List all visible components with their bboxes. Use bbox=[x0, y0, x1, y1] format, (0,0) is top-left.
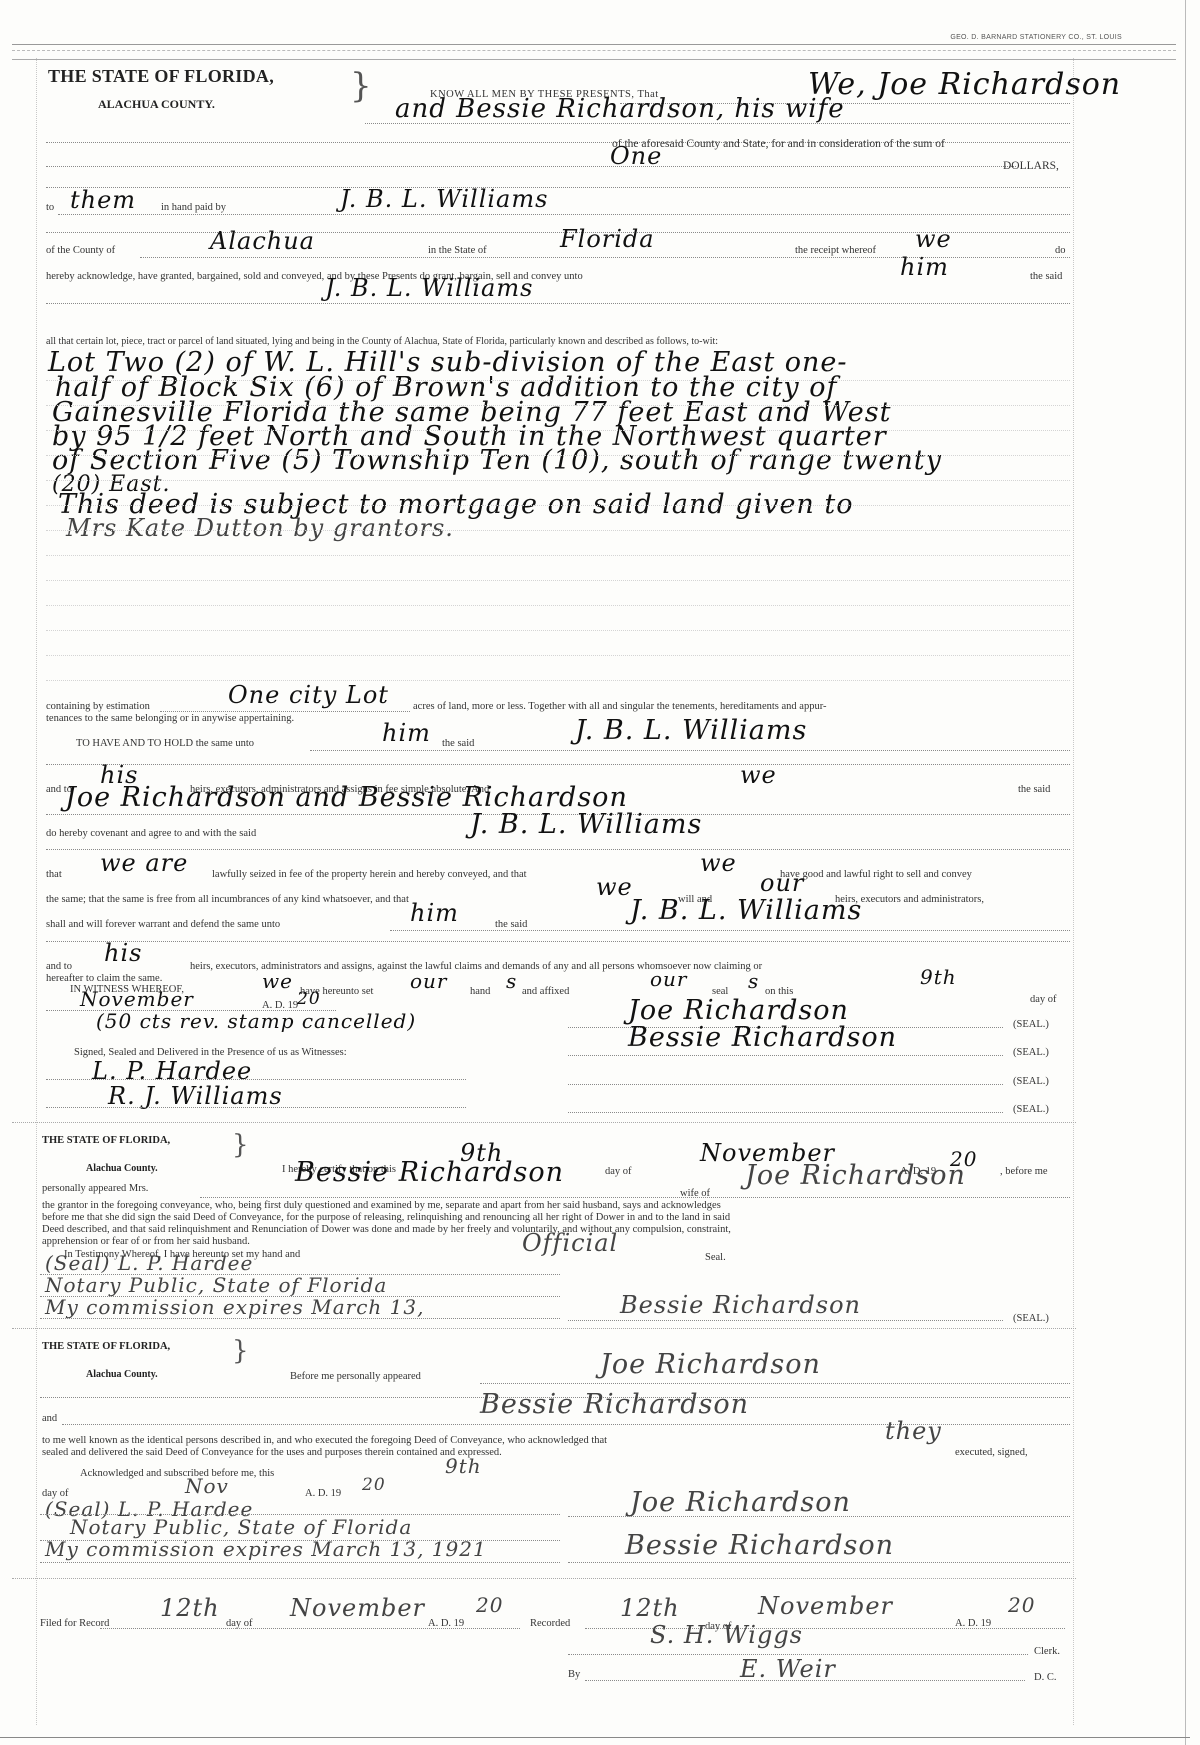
ruled-line bbox=[46, 405, 1070, 406]
ruled-line bbox=[46, 430, 1070, 431]
joint-ack-state: THE STATE OF FLORIDA, bbox=[42, 1340, 170, 1353]
notary-line-1: (Seal) L. P. Hardee bbox=[45, 1252, 253, 1274]
top-border-band bbox=[12, 44, 1176, 60]
ruled-line bbox=[46, 680, 1070, 681]
printer-credit: GEO. D. BARNARD STATIONERY CO., ST. LOUI… bbox=[950, 34, 1122, 41]
joint-ack-year: 20 bbox=[362, 1476, 386, 1495]
warrant-grantee: J. B. L. Williams bbox=[630, 898, 862, 924]
ruled-line bbox=[46, 655, 1070, 656]
section-separator bbox=[12, 1328, 1076, 1329]
joint-signature-line-2 bbox=[568, 1562, 1070, 1563]
wife-name: Bessie Richardson bbox=[295, 1160, 564, 1186]
notary-line bbox=[40, 1318, 560, 1319]
ruled-line bbox=[46, 480, 1070, 481]
seal-word: Seal. bbox=[705, 1251, 726, 1264]
joint-signature-2: Bessie Richardson bbox=[625, 1533, 894, 1559]
appeared-text: personally appeared Mrs. bbox=[42, 1182, 148, 1195]
ruled-line bbox=[46, 580, 1070, 581]
wife-signature-line bbox=[568, 1320, 1003, 1321]
seal-4: (SEAL.) bbox=[1013, 1103, 1049, 1116]
acknowledge-value: him bbox=[900, 254, 949, 280]
by-label: By bbox=[568, 1668, 580, 1681]
filed-year: 20 bbox=[476, 1594, 503, 1616]
before-me-text: , before me bbox=[1000, 1165, 1048, 1178]
ruled-line bbox=[46, 605, 1070, 606]
right-text: have good and lawful right to sell and c… bbox=[780, 868, 972, 881]
that-value: we are bbox=[100, 850, 188, 876]
the-said-label-2: the said bbox=[1018, 783, 1050, 796]
and-to-value: his bbox=[104, 940, 142, 966]
receipt-label: the receipt whereof bbox=[795, 244, 876, 257]
filed-month: November bbox=[290, 1595, 425, 1621]
grantors-line-1: We, Joe Richardson bbox=[808, 72, 1121, 98]
executed-text: executed, signed, bbox=[955, 1446, 1028, 1459]
grantors-line-2: and Bessie Richardson, his wife bbox=[395, 96, 845, 122]
seized-text: lawfully seized in fee of the property h… bbox=[212, 868, 527, 881]
to-have-value: him bbox=[382, 720, 431, 746]
section-separator bbox=[12, 1578, 1076, 1579]
witness-month: November bbox=[80, 988, 194, 1010]
filed-label: Filed for Record bbox=[40, 1617, 109, 1630]
brace: } bbox=[350, 66, 372, 106]
that-label: that bbox=[46, 868, 62, 881]
to-value: them bbox=[70, 187, 136, 213]
ruled-line bbox=[46, 455, 1070, 456]
covenant-label: do hereby covenant and agree to and with… bbox=[46, 827, 256, 840]
description-line-5: of Section Five (5) Township Ten (10), s… bbox=[52, 448, 942, 474]
joint-ack-month: Nov bbox=[185, 1475, 229, 1497]
recorded-label: Recorded bbox=[530, 1617, 570, 1630]
warrant-value: him bbox=[410, 900, 459, 926]
joint-ack-county: Alachua County. bbox=[86, 1368, 158, 1381]
will-value: our bbox=[760, 870, 804, 896]
witness-2: R. J. Williams bbox=[108, 1083, 283, 1109]
payer-name: J. B. L. Williams bbox=[340, 186, 548, 212]
witness-line-1 bbox=[46, 1079, 466, 1080]
warrant-text: shall and will forever warrant and defen… bbox=[46, 918, 280, 931]
blank-line bbox=[46, 187, 1070, 188]
day-of-label: day of bbox=[605, 1165, 632, 1178]
left-margin-rule bbox=[36, 58, 37, 1725]
and-value: we bbox=[740, 762, 777, 788]
seized-value: we bbox=[700, 850, 737, 876]
joint-ack-para-2: sealed and delivered the said Deed of Co… bbox=[42, 1446, 502, 1459]
notary-line bbox=[40, 1274, 560, 1275]
joint-ack-day: 9th bbox=[445, 1455, 482, 1477]
bottom-edge bbox=[0, 1737, 1190, 1738]
and-label: and bbox=[42, 1412, 57, 1425]
clerk-label: Clerk. bbox=[1034, 1645, 1060, 1658]
seal-value: s bbox=[748, 970, 759, 992]
to-have-grantee: J. B. L. Williams bbox=[575, 718, 807, 744]
ruled-line bbox=[46, 380, 1070, 381]
receipt-value: we bbox=[915, 226, 952, 252]
signature-line-3 bbox=[568, 1084, 1003, 1085]
wife-ack-para-4: apprehension or fear of or from her said… bbox=[42, 1235, 250, 1248]
witness-1: L. P. Hardee bbox=[92, 1058, 252, 1084]
covenant-value: J. B. L. Williams bbox=[470, 812, 702, 838]
ruled-line bbox=[46, 630, 1070, 631]
appeared-line bbox=[200, 1197, 1070, 1198]
to-have-label: TO HAVE AND TO HOLD the same unto bbox=[76, 737, 254, 750]
in-hand-label: in hand paid by bbox=[161, 201, 226, 214]
the-said-label: the said bbox=[1030, 270, 1062, 283]
county-value: Alachua bbox=[210, 228, 315, 254]
blank-line bbox=[46, 941, 1070, 942]
before-me-label: Before me personally appeared bbox=[290, 1370, 421, 1383]
county-label: of the County of bbox=[46, 244, 115, 257]
affixed-value: our bbox=[650, 968, 687, 990]
joint-notary-line-3: My commission expires March 13, 1921 bbox=[45, 1538, 487, 1560]
joint-person-2: Bessie Richardson bbox=[480, 1392, 749, 1418]
witness-day: 9th bbox=[920, 966, 957, 988]
wife-seal: (SEAL.) bbox=[1013, 1312, 1049, 1325]
ad-label: A. D. 19 bbox=[305, 1487, 341, 1500]
filed-line bbox=[100, 1628, 520, 1629]
wife-ack-state: THE STATE OF FLORIDA, bbox=[42, 1134, 170, 1147]
signature-line-2 bbox=[568, 1055, 1003, 1056]
husband-name: Joe Richardson bbox=[745, 1163, 966, 1189]
deed-page: GEO. D. BARNARD STATIONERY CO., ST. LOUI… bbox=[0, 0, 1200, 1745]
to-have-line bbox=[310, 750, 1070, 751]
blank-line bbox=[46, 764, 1070, 765]
recorded-year: 20 bbox=[1008, 1594, 1035, 1616]
seal-1: (SEAL.) bbox=[1013, 1018, 1049, 1031]
warrant-line bbox=[390, 930, 1070, 931]
person-1-line bbox=[480, 1383, 1070, 1384]
state-value: Florida bbox=[560, 226, 655, 252]
stamp-note: (50 cts rev. stamp cancelled) bbox=[96, 1010, 416, 1032]
brace: } bbox=[232, 1130, 249, 1160]
tenances-text: tenances to the same belonging or in any… bbox=[46, 712, 294, 725]
notary-line-3: My commission expires March 13, bbox=[45, 1296, 424, 1318]
state-label: in the State of bbox=[428, 244, 487, 257]
notary-line bbox=[40, 1562, 560, 1563]
signature-line-4 bbox=[568, 1112, 1003, 1113]
recorded-day: 12th bbox=[620, 1595, 680, 1621]
dc-label: D. C. bbox=[1034, 1671, 1056, 1684]
notary-line bbox=[40, 1296, 560, 1297]
signature-2: Bessie Richardson bbox=[628, 1025, 897, 1051]
wife-ack-county: Alachua County. bbox=[86, 1162, 158, 1175]
joint-signature-line-1 bbox=[568, 1516, 1070, 1517]
description-line-8: Mrs Kate Dutton by grantors. bbox=[66, 515, 454, 541]
joint-notary-line-2: Notary Public, State of Florida bbox=[70, 1516, 412, 1538]
to-label: to bbox=[46, 201, 54, 214]
witness-year: 20 bbox=[297, 990, 321, 1009]
hand-value: s bbox=[506, 970, 517, 992]
state-heading: THE STATE OF FLORIDA, bbox=[48, 70, 274, 83]
wife-signature: Bessie Richardson bbox=[620, 1292, 861, 1318]
ruled-line bbox=[46, 505, 1070, 506]
they-value: they bbox=[885, 1418, 942, 1444]
payer-line bbox=[58, 214, 1070, 215]
page-edge bbox=[1185, 0, 1186, 1745]
do-label: do bbox=[1055, 244, 1066, 257]
grantee-name: J. B. L. Williams bbox=[325, 275, 533, 301]
notary-line-2: Notary Public, State of Florida bbox=[45, 1274, 387, 1296]
witness-we: we bbox=[262, 970, 293, 992]
recorded-month: November bbox=[758, 1593, 893, 1619]
testimony-value: Official bbox=[522, 1230, 618, 1256]
day-of-label: day of bbox=[1030, 993, 1057, 1006]
containing-value: One city Lot bbox=[228, 682, 389, 708]
hand-label: hand bbox=[470, 985, 490, 998]
the-said-label: the said bbox=[442, 737, 474, 750]
signature-1: Joe Richardson bbox=[628, 998, 849, 1024]
free-text: the same; that the same is free from all… bbox=[46, 893, 409, 906]
grantee-line bbox=[46, 303, 1070, 304]
grantors-full: Joe Richardson and Bessie Richardson bbox=[65, 785, 628, 811]
brace: } bbox=[232, 1336, 249, 1366]
affixed-label: and affixed bbox=[522, 985, 569, 998]
set-value: our bbox=[410, 970, 447, 992]
ruled-line bbox=[46, 530, 1070, 531]
clerk-name: S. H. Wiggs bbox=[650, 1622, 803, 1648]
right-margin-rule bbox=[1073, 58, 1074, 1725]
joint-person-1: Joe Richardson bbox=[600, 1352, 821, 1378]
seal-3: (SEAL.) bbox=[1013, 1075, 1049, 1088]
blank-line bbox=[46, 849, 1070, 850]
county-heading: ALACHUA COUNTY. bbox=[98, 98, 215, 111]
acknowledged-text: Acknowledged and subscribed before me, t… bbox=[80, 1467, 274, 1480]
joint-signature-1: Joe Richardson bbox=[630, 1490, 851, 1516]
section-separator bbox=[12, 1122, 1076, 1123]
deputy-line bbox=[585, 1680, 1025, 1681]
acres-text: acres of land, more or less. Together wi… bbox=[413, 700, 826, 713]
seal-2: (SEAL.) bbox=[1013, 1046, 1049, 1059]
sum-line bbox=[46, 166, 1016, 167]
dollars-label: DOLLARS, bbox=[1003, 160, 1059, 173]
witness-line-2 bbox=[46, 1107, 466, 1108]
deputy-name: E. Weir bbox=[740, 1656, 836, 1682]
ruled-line bbox=[46, 555, 1070, 556]
free-value: we bbox=[596, 874, 633, 900]
filed-day: 12th bbox=[160, 1595, 220, 1621]
